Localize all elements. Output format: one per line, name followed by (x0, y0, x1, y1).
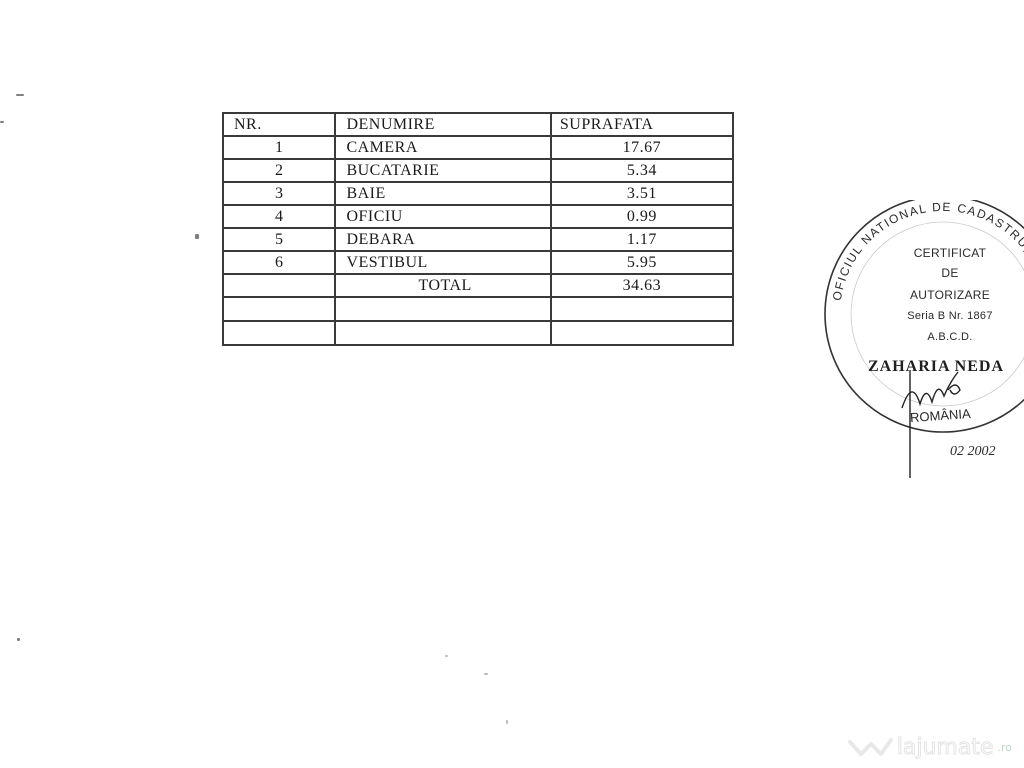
total-row: TOTAL 34.63 (223, 274, 733, 297)
scan-speck (0, 121, 4, 123)
total-label: TOTAL (335, 274, 550, 297)
table-row: 6 VESTIBUL 5.95 (223, 251, 733, 274)
scan-speck (16, 94, 24, 96)
row-suprafata: 0.99 (551, 205, 733, 228)
table-row: 3 BAIE 3.51 (223, 182, 733, 205)
empty-row (223, 321, 733, 345)
table-row: 1 CAMERA 17.67 (223, 136, 733, 159)
scan-speck (484, 673, 488, 675)
stamp-date: 02 2002 (950, 444, 996, 460)
row-suprafata: 5.95 (551, 251, 733, 274)
row-nr: 1 (223, 136, 335, 159)
scan-speck (445, 655, 448, 657)
row-nr: 2 (223, 159, 335, 182)
empty-cell (223, 321, 335, 345)
table-row: 5 DEBARA 1.17 (223, 228, 733, 251)
total-nr-empty (223, 274, 335, 297)
total-value: 34.63 (551, 274, 733, 297)
stamp-line: DE (850, 266, 1024, 280)
row-nr: 3 (223, 182, 335, 205)
empty-cell (335, 321, 550, 345)
header-denumire: DENUMIRE (335, 113, 550, 136)
lajumate-watermark: lajumate .ro (847, 734, 1012, 760)
row-suprafata: 1.17 (551, 228, 733, 251)
row-denumire: OFICIU (335, 205, 550, 228)
empty-cell (223, 297, 335, 321)
row-denumire: CAMERA (335, 136, 550, 159)
row-denumire: BAIE (335, 182, 550, 205)
row-nr: 4 (223, 205, 335, 228)
room-area-table: NR. DENUMIRE SUPRAFATA 1 CAMERA 17.67 2 … (222, 112, 734, 346)
stamp-line: CERTIFICAT (850, 246, 1024, 260)
row-denumire: BUCATARIE (335, 159, 550, 182)
scan-speck (195, 234, 199, 239)
header-suprafata: SUPRAFATA (551, 113, 733, 136)
empty-row (223, 297, 733, 321)
empty-cell (551, 321, 733, 345)
heart-check-logo-icon (847, 734, 893, 760)
scan-speck (17, 638, 20, 641)
row-denumire: VESTIBUL (335, 251, 550, 274)
scan-speck (506, 720, 508, 724)
stamp-line: AUTORIZARE (850, 288, 1024, 302)
stamp-line: Seria B Nr. 1867 (850, 310, 1024, 322)
row-suprafata: 5.34 (551, 159, 733, 182)
row-suprafata: 3.51 (551, 182, 733, 205)
row-denumire: DEBARA (335, 228, 550, 251)
row-nr: 6 (223, 251, 335, 274)
table-row: 4 OFICIU 0.99 (223, 205, 733, 228)
header-nr: NR. (223, 113, 335, 136)
stamp-line: A.B.C.D. (850, 331, 1024, 343)
watermark-tld: .ro (997, 741, 1012, 754)
stamp-name: ZAHARIA NEDA (868, 358, 1004, 376)
empty-cell (551, 297, 733, 321)
row-nr: 5 (223, 228, 335, 251)
empty-cell (335, 297, 550, 321)
table-row: 2 BUCATARIE 5.34 (223, 159, 733, 182)
row-suprafata: 17.67 (551, 136, 733, 159)
official-stamp: OFICIUL NATIONAL DE CADASTRU, GEODEZIE C… (818, 200, 1024, 450)
watermark-brand: lajumate (897, 735, 994, 760)
table-header-row: NR. DENUMIRE SUPRAFATA (223, 113, 733, 136)
